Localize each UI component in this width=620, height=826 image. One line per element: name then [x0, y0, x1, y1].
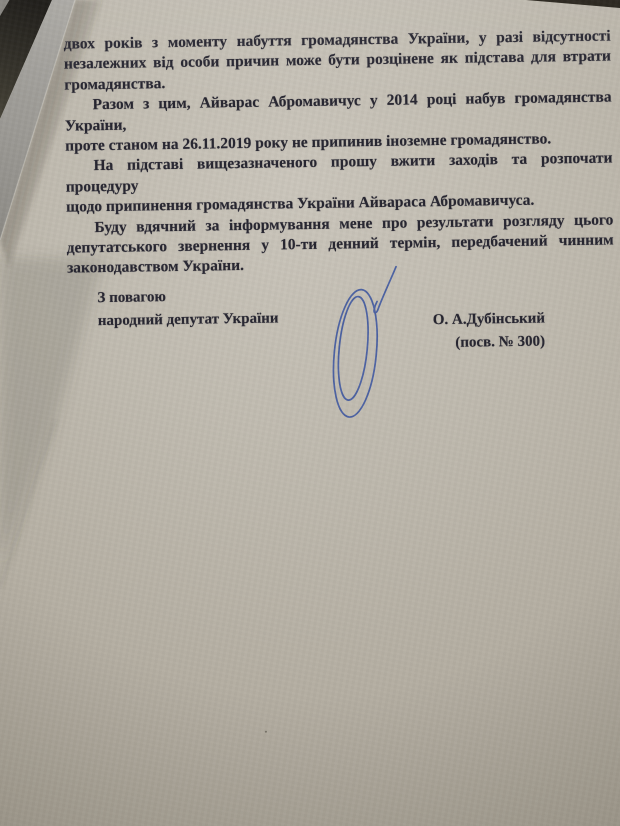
- signer-block: О. А.Дубінський (посв. № 300): [433, 307, 568, 354]
- closing-block: З повагою народний депутат України: [97, 284, 278, 333]
- paragraph: На підставі вищезазначеного прошу вжити …: [65, 149, 613, 218]
- closing-salutation: З повагою: [97, 284, 278, 310]
- signature-outer-loop: [328, 288, 382, 420]
- handwritten-signature: [290, 240, 423, 432]
- paper-speck: [265, 731, 267, 733]
- signer-title: народний депутат України: [98, 307, 279, 333]
- document-photo: двох років з моменту набуття громадянств…: [0, 0, 620, 826]
- paragraph: Разом з цим, Айварас Абромавичус у 2014 …: [64, 88, 612, 157]
- signature-inner-loop: [334, 295, 372, 401]
- paragraph: двох років з моменту набуття громадянств…: [64, 27, 612, 96]
- letter-content: двох років з моменту набуття громадянств…: [0, 0, 620, 826]
- signer-name: О. А.Дубінський: [433, 307, 567, 331]
- signer-credential: (посв. № 300): [433, 330, 567, 354]
- signature-tail-stroke: [373, 267, 396, 313]
